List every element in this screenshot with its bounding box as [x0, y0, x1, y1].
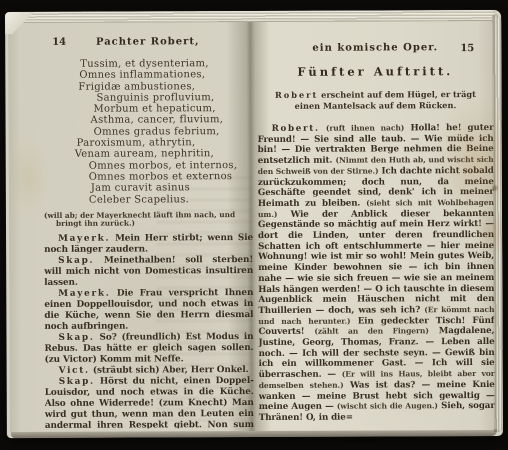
- verse-line: Jam curavit asinus: [91, 182, 253, 194]
- verse-line: Frigidæ ambustiones,: [78, 81, 252, 93]
- dialogue-paragraph: Mayerk. Mein Herr stirbt; wenn Sie noch …: [44, 233, 253, 256]
- verse-line: Celeber Scapelius.: [89, 194, 253, 206]
- speaker-name: Vict.: [59, 366, 90, 376]
- scene-direction-text: erscheint auf dem Hügel, er trägt einen …: [295, 89, 476, 110]
- verse-line: Paroxismum, athrytin,: [77, 137, 253, 149]
- dialogue-text: (sträubt sich) Aber, Herr Onkel.: [93, 365, 249, 376]
- left-running-header: Pachter Robert,: [43, 36, 252, 48]
- right-page: ein komische Oper. 15 Fünfter Auftritt. …: [257, 42, 495, 437]
- inline-stage-direction: (zählt an den Fingern): [314, 327, 429, 336]
- right-running-header: ein komische Oper.: [257, 42, 493, 54]
- verse-line: Tussim, et dysenteriam,: [80, 58, 252, 70]
- scene-title: Fünfter Auftritt.: [257, 64, 493, 79]
- speaker-name: Mayerk.: [58, 234, 110, 244]
- verse-line: Omnes inflammationes,: [79, 69, 252, 81]
- verse-line: Sanguinis profluvium,: [96, 92, 252, 104]
- inline-stage-direction: (wischt sich die Augen.): [337, 401, 438, 410]
- scene-direction: Robert erscheint auf dem Hügel, er trägt…: [261, 89, 489, 111]
- verse-line: Asthma, cancer, fluvium,: [91, 114, 253, 126]
- right-page-header: ein komische Oper. 15: [257, 42, 493, 56]
- speaker-name: Skap.: [58, 256, 94, 266]
- speech-text: Wie der Anblick dieser bekannten Gegenst…: [258, 209, 494, 316]
- verse-line: Venam auream, nephritin,: [75, 148, 253, 160]
- left-page: 14 Pachter Robert, Tussim, et dysenteria…: [43, 36, 254, 429]
- dialogue-paragraph: Skap. Hörst du nicht, einen Doppel-Louis…: [45, 376, 254, 429]
- speaker-name: Skap.: [59, 377, 95, 387]
- dialogue-paragraph: Skap. So? (freundlich) Est Modus in Rebu…: [44, 332, 253, 366]
- corner-fold: [5, 12, 35, 34]
- verse-line: Omnes morbos et externos: [89, 171, 253, 183]
- scene-direction-character: Robert: [275, 90, 318, 100]
- speaker-name: Mayerk.: [58, 289, 110, 299]
- latin-verse: Tussim, et dysenteriam, Omnes inflammati…: [43, 58, 253, 206]
- verse-line: Morbum et hepaticum,: [93, 103, 252, 115]
- dialogue-paragraph: Mayerk. Die Frau verspricht Ihnen einen …: [44, 288, 253, 333]
- book-scan-photo: 14 Pachter Robert, Tussim, et dysenteria…: [0, 0, 508, 450]
- left-page-header: 14 Pachter Robert,: [43, 36, 252, 50]
- speaker-name: Robert.: [272, 124, 320, 134]
- dialogue-paragraph: Skap. Meinethalben! soll sterben! will m…: [44, 255, 253, 289]
- inline-stage-direction: (ruft ihnen nach): [326, 123, 404, 132]
- speaker-name: Skap.: [58, 333, 94, 343]
- open-book: 14 Pachter Robert, Tussim, et dysenteria…: [5, 10, 503, 438]
- monologue-paragraph: Robert. (ruft ihnen nach) Holla! he! gut…: [258, 123, 495, 424]
- verse-line: Omnes morbos, et internos,: [89, 160, 253, 172]
- right-page-number: 15: [460, 43, 474, 54]
- stage-direction-exit: (will ab; der Mayerknecht läuft ihm nach…: [44, 211, 253, 229]
- verse-line: Omnes gradus febrium,: [94, 126, 253, 138]
